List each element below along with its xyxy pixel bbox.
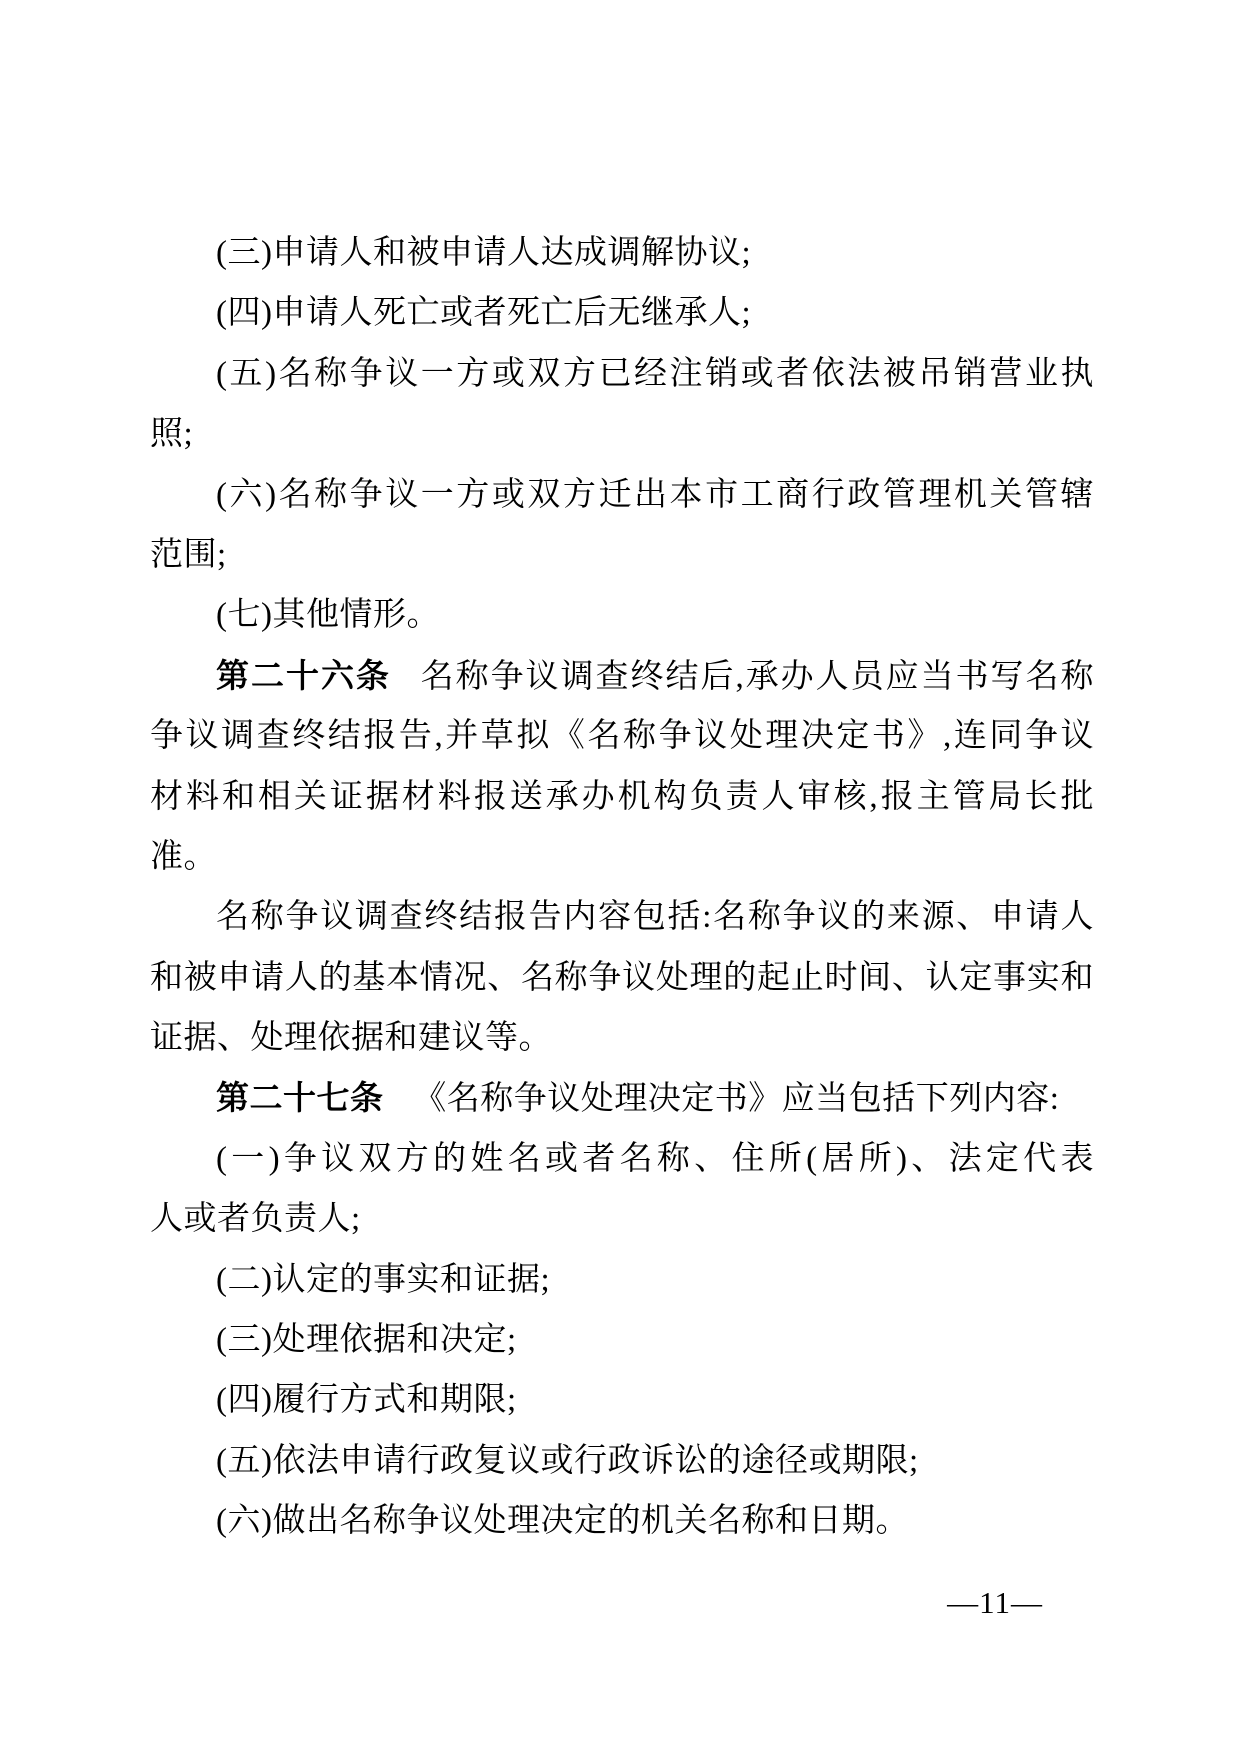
line-text: (四)履行方式和期限; bbox=[216, 1382, 517, 1418]
document-line: (四)申请人死亡或者死亡后无继承人; bbox=[150, 283, 1094, 343]
line-text: 《名称争议处理决定书》应当包括下列内容: bbox=[413, 1081, 1059, 1117]
document-line: 证据、处理依据和建议等。 bbox=[150, 1008, 1094, 1068]
line-text: (四)申请人死亡或者死亡后无继承人; bbox=[216, 295, 751, 331]
document-line: 照; bbox=[150, 404, 1094, 464]
document-line: 和被申请人的基本情况、名称争议处理的起止时间、认定事实和 bbox=[150, 948, 1094, 1008]
line-text: (二)认定的事实和证据; bbox=[216, 1262, 550, 1298]
document-line: 第二十七条《名称争议处理决定书》应当包括下列内容: bbox=[150, 1068, 1094, 1128]
line-text: (五)依法申请行政复议或行政诉讼的途径或期限; bbox=[216, 1443, 919, 1479]
article-number-heading: 第二十六条 bbox=[216, 657, 391, 694]
line-text: (一)争议双方的姓名或者名称、住所(居所)、法定代表 bbox=[216, 1141, 1094, 1177]
document-line: (六)做出名称争议处理决定的机关名称和日期。 bbox=[150, 1491, 1094, 1551]
line-text: (三)处理依据和决定; bbox=[216, 1322, 517, 1358]
line-text: 范围; bbox=[150, 537, 227, 573]
line-text: 和被申请人的基本情况、名称争议处理的起止时间、认定事实和 bbox=[150, 960, 1094, 996]
article-number-heading: 第二十七条 bbox=[216, 1079, 384, 1116]
document-page: (三)申请人和被申请人达成调解协议; (四)申请人死亡或者死亡后无继承人; (五… bbox=[0, 0, 1241, 1754]
line-text: (七)其他情形。 bbox=[216, 597, 440, 633]
document-line: (五)依法申请行政复议或行政诉讼的途径或期限; bbox=[150, 1431, 1094, 1491]
line-text: 证据、处理依据和建议等。 bbox=[150, 1020, 552, 1056]
document-line: (四)履行方式和期限; bbox=[150, 1370, 1094, 1430]
document-line: 第二十六条名称争议调查终结后,承办人员应当书写名称 bbox=[150, 646, 1094, 706]
page-number: —11— bbox=[947, 1585, 1043, 1621]
line-text: 名称争议调查终结报告内容包括:名称争议的来源、申请人 bbox=[216, 899, 1094, 935]
document-text-block: (三)申请人和被申请人达成调解协议; (四)申请人死亡或者死亡后无继承人; (五… bbox=[150, 223, 1094, 1552]
document-line: 人或者负责人; bbox=[150, 1189, 1094, 1249]
line-text: (六)名称争议一方或双方迁出本市工商行政管理机关管辖 bbox=[216, 477, 1094, 513]
document-line: 范围; bbox=[150, 525, 1094, 585]
line-text: 人或者负责人; bbox=[150, 1201, 361, 1237]
line-text: 照; bbox=[150, 416, 193, 452]
document-line: (二)认定的事实和证据; bbox=[150, 1250, 1094, 1310]
document-line: 准。 bbox=[150, 827, 1094, 887]
document-line: (三)申请人和被申请人达成调解协议; bbox=[150, 223, 1094, 283]
document-line: 争议调查终结报告,并草拟《名称争议处理决定书》,连同争议 bbox=[150, 706, 1094, 766]
document-line: 材料和相关证据材料报送承办机构负责人审核,报主管局长批 bbox=[150, 767, 1094, 827]
document-line: 名称争议调查终结报告内容包括:名称争议的来源、申请人 bbox=[150, 887, 1094, 947]
line-text: 准。 bbox=[150, 839, 217, 875]
document-line: (五)名称争议一方或双方已经注销或者依法被吊销营业执 bbox=[150, 344, 1094, 404]
line-text: 名称争议调查终结后,承办人员应当书写名称 bbox=[421, 659, 1094, 695]
line-text: (六)做出名称争议处理决定的机关名称和日期。 bbox=[216, 1503, 909, 1539]
line-text: 材料和相关证据材料报送承办机构负责人审核,报主管局长批 bbox=[150, 779, 1094, 815]
line-text: (五)名称争议一方或双方已经注销或者依法被吊销营业执 bbox=[216, 356, 1094, 392]
line-text: (三)申请人和被申请人达成调解协议; bbox=[216, 235, 751, 271]
document-line: (一)争议双方的姓名或者名称、住所(居所)、法定代表 bbox=[150, 1129, 1094, 1189]
line-text: 争议调查终结报告,并草拟《名称争议处理决定书》,连同争议 bbox=[150, 718, 1094, 754]
document-line: (七)其他情形。 bbox=[150, 585, 1094, 645]
document-line: (六)名称争议一方或双方迁出本市工商行政管理机关管辖 bbox=[150, 465, 1094, 525]
document-line: (三)处理依据和决定; bbox=[150, 1310, 1094, 1370]
